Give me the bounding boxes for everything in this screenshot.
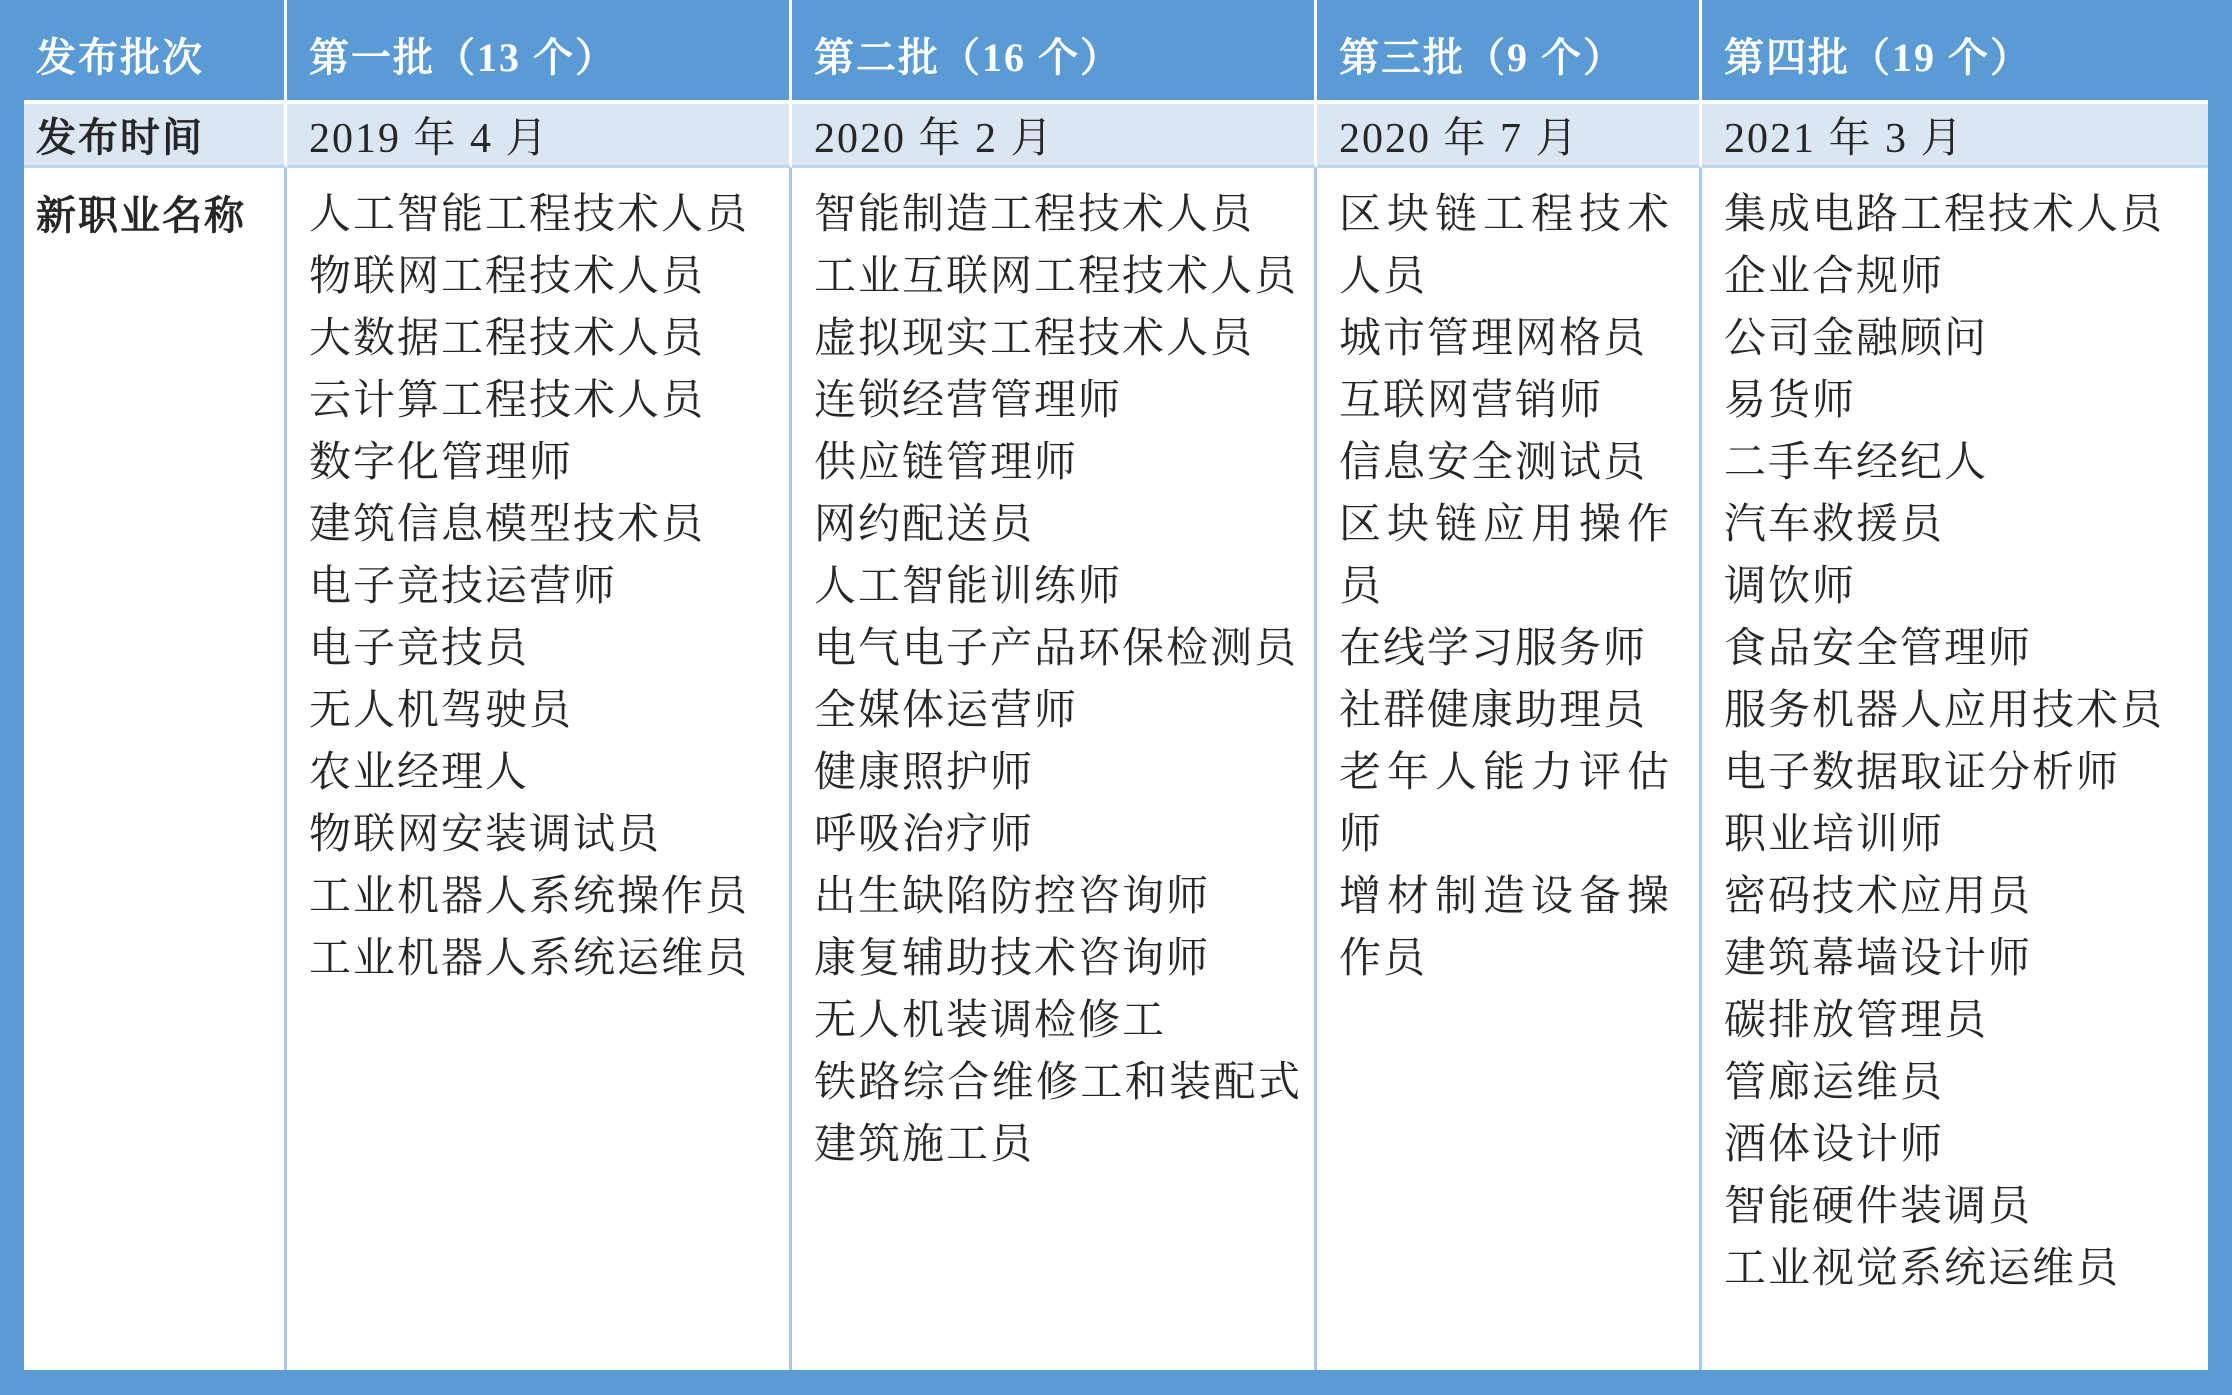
occupation-item: 汽车救援员	[1724, 494, 2190, 556]
occupation-item: 虚拟现实工程技术人员	[814, 308, 1302, 370]
release-date-1: 2019 年 4 月	[287, 104, 792, 168]
batches-table: 发布批次 第一批（13 个） 第二批（16 个） 第三批（9 个） 第四批（19…	[24, 0, 2208, 1370]
occupation-item: 人工智能工程技术人员	[309, 184, 771, 246]
occupation-item: 管廊运维员	[1724, 1052, 2190, 1114]
occupation-item: 工业机器人系统运维员	[309, 928, 771, 990]
occupation-item: 云计算工程技术人员	[309, 370, 771, 432]
occupation-item: 数字化管理师	[309, 432, 771, 494]
occupation-item: 建筑幕墙设计师	[1724, 928, 2190, 990]
occupation-item: 建筑信息模型技术员	[309, 494, 771, 556]
release-date-2: 2020 年 2 月	[792, 104, 1317, 168]
occupation-item: 康复辅助技术咨询师	[814, 928, 1302, 990]
release-date-4: 2021 年 3 月	[1702, 104, 2208, 168]
occupation-item: 电子竞技员	[309, 618, 771, 680]
occupation-item: 酒体设计师	[1724, 1114, 2190, 1176]
occupation-item: 连锁经营管理师	[814, 370, 1302, 432]
occupation-list-batch-2: 智能制造工程技术人员工业互联网工程技术人员虚拟现实工程技术人员连锁经营管理师供应…	[792, 168, 1317, 1370]
occupation-item: 全媒体运营师	[814, 680, 1302, 742]
occupation-item: 社群健康助理员	[1339, 680, 1671, 742]
occupation-item: 互联网营销师	[1339, 370, 1671, 432]
occupation-item: 食品安全管理师	[1724, 618, 2190, 680]
occupation-list: 智能制造工程技术人员工业互联网工程技术人员虚拟现实工程技术人员连锁经营管理师供应…	[814, 184, 1302, 1176]
occupation-item: 农业经理人	[309, 742, 771, 804]
occupation-item: 城市管理网格员	[1339, 308, 1671, 370]
occupation-item: 智能硬件装调员	[1724, 1176, 2190, 1238]
occupation-item: 健康照护师	[814, 742, 1302, 804]
occupation-item: 物联网工程技术人员	[309, 246, 771, 308]
occupations-label: 新职业名称	[24, 168, 287, 1370]
release-date-3: 2020 年 7 月	[1317, 104, 1702, 168]
occupation-list-batch-1: 人工智能工程技术人员物联网工程技术人员大数据工程技术人员云计算工程技术人员数字化…	[287, 168, 792, 1370]
header-batch-1: 第一批（13 个）	[287, 0, 792, 104]
occupation-item: 智能制造工程技术人员	[814, 184, 1302, 246]
occupation-item: 电子竞技运营师	[309, 556, 771, 618]
occupation-item: 密码技术应用员	[1724, 866, 2190, 928]
occupation-item: 区块链工程技术人员	[1339, 184, 1671, 308]
occupation-item: 工业互联网工程技术人员	[814, 246, 1302, 308]
occupation-item: 增材制造设备操作员	[1339, 866, 1671, 990]
header-batch-4: 第四批（19 个）	[1702, 0, 2208, 104]
occupation-item: 电子数据取证分析师	[1724, 742, 2190, 804]
occupation-item: 网约配送员	[814, 494, 1302, 556]
occupation-item: 调饮师	[1724, 556, 2190, 618]
occupation-item: 信息安全测试员	[1339, 432, 1671, 494]
occupation-item: 工业视觉系统运维员	[1724, 1238, 2190, 1300]
occupation-item: 物联网安装调试员	[309, 804, 771, 866]
occupation-item: 出生缺陷防控咨询师	[814, 866, 1302, 928]
occupation-item: 易货师	[1724, 370, 2190, 432]
occupation-item: 无人机驾驶员	[309, 680, 771, 742]
occupation-item: 碳排放管理员	[1724, 990, 2190, 1052]
occupation-item: 公司金融顾问	[1724, 308, 2190, 370]
occupation-item: 职业培训师	[1724, 804, 2190, 866]
occupation-list-batch-4: 集成电路工程技术人员企业合规师公司金融顾问易货师二手车经纪人汽车救援员调饮师食品…	[1702, 168, 2208, 1370]
occupation-list: 集成电路工程技术人员企业合规师公司金融顾问易货师二手车经纪人汽车救援员调饮师食品…	[1724, 184, 2190, 1300]
release-time-label: 发布时间	[24, 104, 287, 168]
occupation-item: 企业合规师	[1724, 246, 2190, 308]
occupation-item: 老年人能力评估师	[1339, 742, 1671, 866]
header-batch-3: 第三批（9 个）	[1317, 0, 1702, 104]
occupation-item: 电气电子产品环保检测员	[814, 618, 1302, 680]
header-batch-2: 第二批（16 个）	[792, 0, 1317, 104]
occupation-item: 在线学习服务师	[1339, 618, 1671, 680]
occupation-item: 区块链应用操作员	[1339, 494, 1671, 618]
occupation-list-batch-3: 区块链工程技术人员城市管理网格员互联网营销师信息安全测试员区块链应用操作员在线学…	[1317, 168, 1702, 1370]
occupation-item: 服务机器人应用技术员	[1724, 680, 2190, 742]
occupation-item: 供应链管理师	[814, 432, 1302, 494]
occupation-item: 集成电路工程技术人员	[1724, 184, 2190, 246]
occupation-list: 区块链工程技术人员城市管理网格员互联网营销师信息安全测试员区块链应用操作员在线学…	[1339, 184, 1671, 990]
occupation-item: 二手车经纪人	[1724, 432, 2190, 494]
occupation-item: 呼吸治疗师	[814, 804, 1302, 866]
header-batch-label: 发布批次	[24, 0, 287, 104]
occupation-list: 人工智能工程技术人员物联网工程技术人员大数据工程技术人员云计算工程技术人员数字化…	[309, 184, 771, 990]
occupation-item: 大数据工程技术人员	[309, 308, 771, 370]
occupation-item: 工业机器人系统操作员	[309, 866, 771, 928]
occupation-item: 铁路综合维修工和装配式建筑施工员	[814, 1052, 1302, 1176]
new-occupations-table-page: { "table": { "header": { "batch_label": …	[0, 0, 2232, 1395]
occupation-item: 人工智能训练师	[814, 556, 1302, 618]
occupation-item: 无人机装调检修工	[814, 990, 1302, 1052]
